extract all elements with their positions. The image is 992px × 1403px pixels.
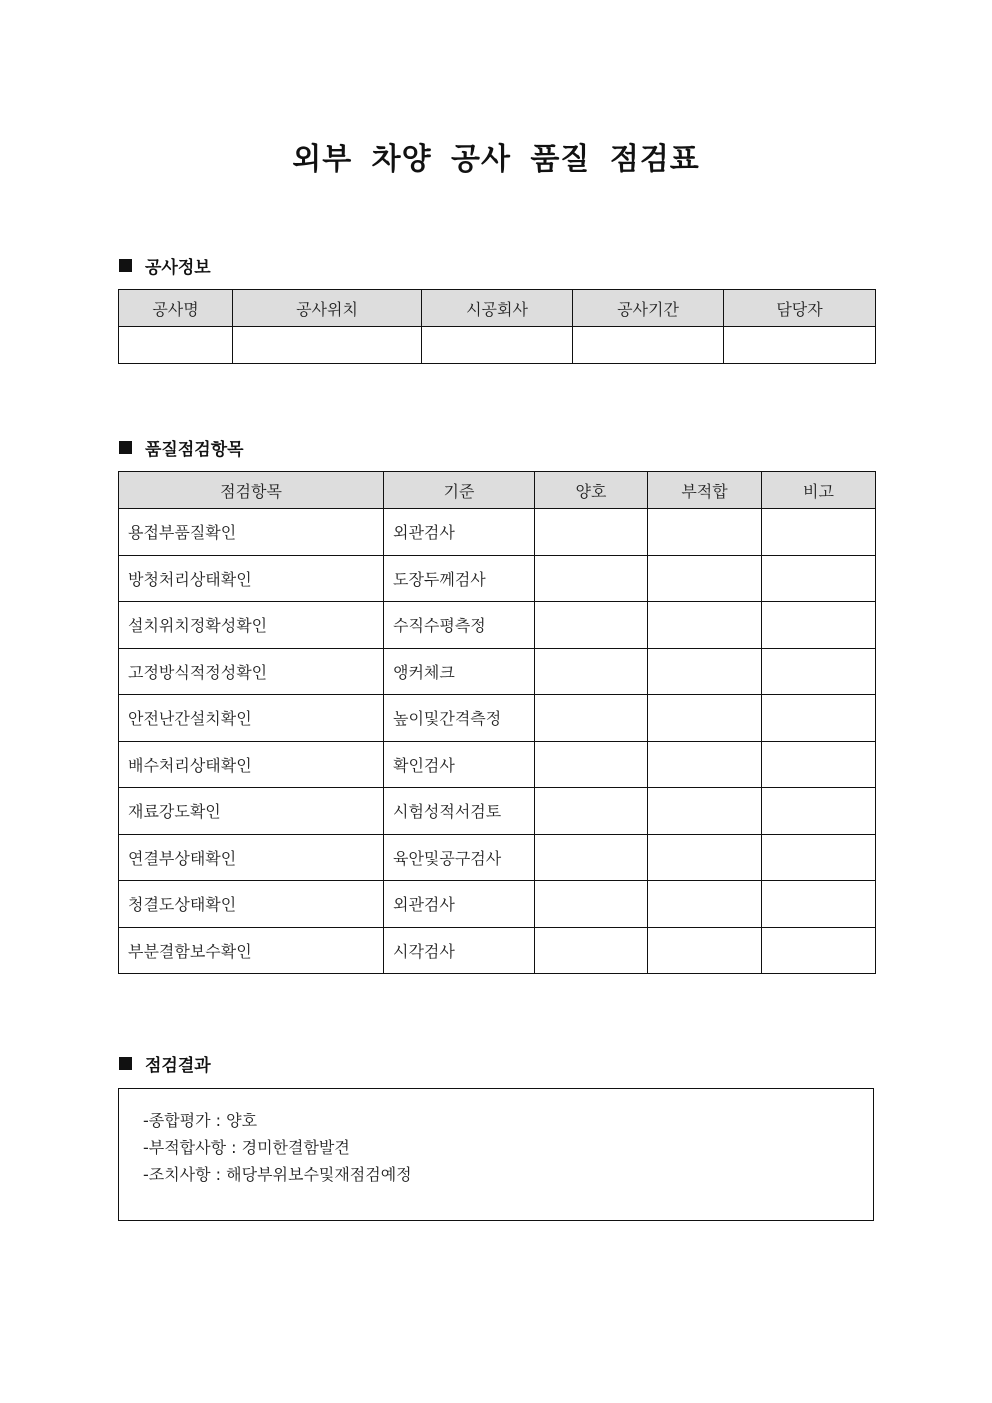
remark-cell[interactable] — [762, 927, 876, 974]
project-name-field[interactable] — [119, 327, 233, 364]
remark-cell[interactable] — [762, 881, 876, 928]
table-row: 연결부상태확인 육안및공구검사 — [119, 834, 876, 881]
check-standard: 외관검사 — [384, 509, 535, 556]
header-project-period: 공사기간 — [573, 290, 724, 327]
good-cell[interactable] — [535, 602, 648, 649]
header-contractor: 시공회사 — [422, 290, 573, 327]
square-bullet-icon — [119, 441, 132, 454]
table-header-row: 점검항목 기준 양호 부적합 비고 — [119, 472, 876, 509]
good-cell[interactable] — [535, 834, 648, 881]
remark-cell[interactable] — [762, 555, 876, 602]
section-heading-label: 점검결과 — [145, 1051, 211, 1076]
table-row: 청결도상태확인 외관검사 — [119, 881, 876, 928]
good-cell[interactable] — [535, 881, 648, 928]
check-item: 설치위치정확성확인 — [119, 602, 384, 649]
check-item: 방청처리상태확인 — [119, 555, 384, 602]
remark-cell[interactable] — [762, 509, 876, 556]
nonconforming-cell[interactable] — [648, 555, 762, 602]
remark-cell[interactable] — [762, 602, 876, 649]
good-cell[interactable] — [535, 555, 648, 602]
document-title: 외부 차양 공사 품질 점검표 — [0, 134, 992, 178]
section-heading-label: 공사정보 — [145, 253, 211, 278]
header-remark: 비고 — [762, 472, 876, 509]
section-heading-project-info: 공사정보 — [119, 253, 211, 278]
remark-cell[interactable] — [762, 834, 876, 881]
check-item: 용접부품질확인 — [119, 509, 384, 556]
table-header-row: 공사명 공사위치 시공회사 공사기간 담당자 — [119, 290, 876, 327]
section-heading-label: 품질점검항목 — [145, 435, 244, 460]
header-project-name: 공사명 — [119, 290, 233, 327]
check-standard: 육안및공구검사 — [384, 834, 535, 881]
table-row: 재료강도확인 시험성적서검토 — [119, 788, 876, 835]
good-cell[interactable] — [535, 927, 648, 974]
table-row: 설치위치정확성확인 수직수평측정 — [119, 602, 876, 649]
nonconforming-cell[interactable] — [648, 834, 762, 881]
corrective-action-line: -조치사항 : 해당부위보수및재점검예정 — [143, 1162, 412, 1185]
header-standard: 기준 — [384, 472, 535, 509]
header-nonconforming: 부적합 — [648, 472, 762, 509]
check-item: 연결부상태확인 — [119, 834, 384, 881]
nonconforming-cell[interactable] — [648, 927, 762, 974]
table-row: 배수처리상태확인 확인검사 — [119, 741, 876, 788]
square-bullet-icon — [119, 259, 132, 272]
good-cell[interactable] — [535, 509, 648, 556]
nonconforming-cell[interactable] — [648, 695, 762, 742]
good-cell[interactable] — [535, 695, 648, 742]
square-bullet-icon — [119, 1057, 132, 1070]
header-check-item: 점검항목 — [119, 472, 384, 509]
table-row: 용접부품질확인 외관검사 — [119, 509, 876, 556]
nonconforming-cell[interactable] — [648, 648, 762, 695]
table-row: 부분결함보수확인 시각검사 — [119, 927, 876, 974]
remark-cell[interactable] — [762, 695, 876, 742]
table-row: 고정방식적정성확인 앵커체크 — [119, 648, 876, 695]
table-row — [119, 327, 876, 364]
contractor-field[interactable] — [422, 327, 573, 364]
nonconformity-line: -부적합사항 : 경미한결함발견 — [143, 1135, 350, 1158]
section-heading-inspection-result: 점검결과 — [119, 1051, 211, 1076]
check-item: 안전난간설치확인 — [119, 695, 384, 742]
person-in-charge-field[interactable] — [724, 327, 876, 364]
check-standard: 앵커체크 — [384, 648, 535, 695]
good-cell[interactable] — [535, 741, 648, 788]
project-period-field[interactable] — [573, 327, 724, 364]
project-info-table: 공사명 공사위치 시공회사 공사기간 담당자 — [118, 289, 876, 364]
check-item: 재료강도확인 — [119, 788, 384, 835]
header-good: 양호 — [535, 472, 648, 509]
check-item: 청결도상태확인 — [119, 881, 384, 928]
nonconforming-cell[interactable] — [648, 509, 762, 556]
table-row: 방청처리상태확인 도장두께검사 — [119, 555, 876, 602]
inspection-result-box: -종합평가 : 양호 -부적합사항 : 경미한결함발견 -조치사항 : 해당부위… — [118, 1088, 874, 1221]
remark-cell[interactable] — [762, 648, 876, 695]
remark-cell[interactable] — [762, 741, 876, 788]
project-location-field[interactable] — [233, 327, 422, 364]
table-row: 안전난간설치확인 높이및간격측정 — [119, 695, 876, 742]
check-item: 부분결함보수확인 — [119, 927, 384, 974]
good-cell[interactable] — [535, 648, 648, 695]
check-standard: 높이및간격측정 — [384, 695, 535, 742]
check-item: 고정방식적정성확인 — [119, 648, 384, 695]
check-item: 배수처리상태확인 — [119, 741, 384, 788]
check-standard: 시험성적서검토 — [384, 788, 535, 835]
check-standard: 확인검사 — [384, 741, 535, 788]
nonconforming-cell[interactable] — [648, 741, 762, 788]
nonconforming-cell[interactable] — [648, 881, 762, 928]
check-standard: 외관검사 — [384, 881, 535, 928]
check-standard: 시각검사 — [384, 927, 535, 974]
check-standard: 도장두께검사 — [384, 555, 535, 602]
nonconforming-cell[interactable] — [648, 602, 762, 649]
good-cell[interactable] — [535, 788, 648, 835]
section-heading-quality-checklist: 품질점검항목 — [119, 435, 244, 460]
nonconforming-cell[interactable] — [648, 788, 762, 835]
header-person-in-charge: 담당자 — [724, 290, 876, 327]
remark-cell[interactable] — [762, 788, 876, 835]
quality-checklist-table: 점검항목 기준 양호 부적합 비고 용접부품질확인 외관검사 방청처리상태확인 … — [118, 471, 876, 974]
overall-evaluation-line: -종합평가 : 양호 — [143, 1108, 257, 1131]
check-standard: 수직수평측정 — [384, 602, 535, 649]
header-project-location: 공사위치 — [233, 290, 422, 327]
